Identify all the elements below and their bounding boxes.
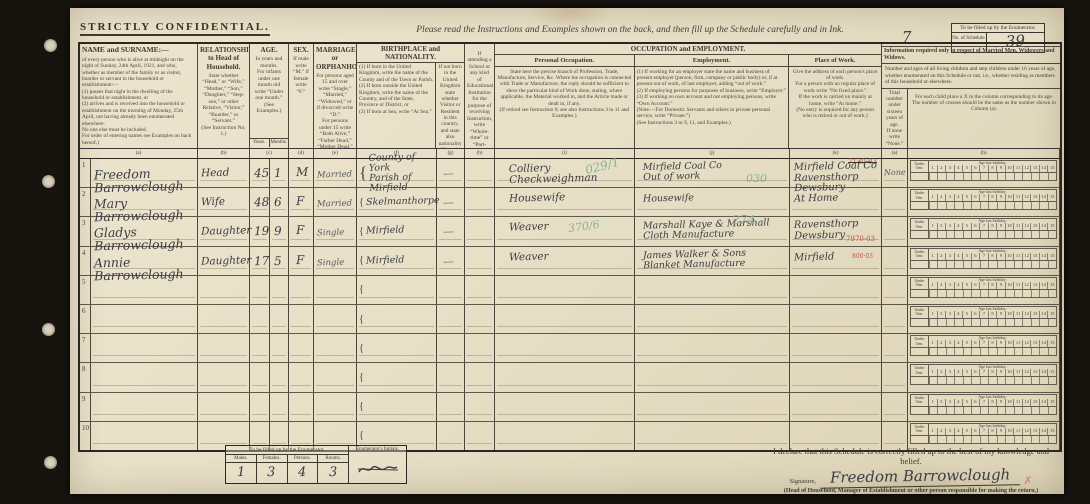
cell-children-grid: Under One.Age last birthday.123456789101… (908, 393, 1060, 421)
handwritten-text: At Home (794, 194, 839, 206)
grid-mark-cell (946, 290, 954, 297)
cell-sex (289, 334, 314, 362)
grid-age-number: 4 (954, 369, 963, 376)
grid-mark-cell (1031, 173, 1039, 180)
grid-age-number: 1 (929, 194, 937, 201)
cell-age-years: 48 (250, 188, 270, 216)
column-letter: (a) (882, 149, 908, 158)
grid-age-number: 9 (996, 253, 1005, 260)
cell-marriage (314, 305, 357, 333)
grid-mark-cell (963, 202, 971, 209)
cell-nationality: — (437, 247, 465, 275)
grid-under-one-label: Under One. (911, 161, 929, 172)
grid-mark-cell (1014, 407, 1022, 414)
cell-education (465, 217, 495, 245)
grid-mark-cell (980, 202, 988, 209)
handwritten-text: Married (317, 200, 352, 210)
grid-mark-cell (929, 173, 937, 180)
grid-mark-cell (963, 319, 971, 326)
grid-mark-cell (1048, 319, 1056, 326)
cell-employment: Housewife (635, 188, 790, 216)
enumerator-initials-label: Enumerator's Initials. (349, 446, 406, 454)
grid-age-number: 2 (937, 253, 946, 260)
count-header: Males. (226, 455, 257, 462)
grid-mark-cell (954, 407, 962, 414)
grid-mark-cell (980, 348, 988, 355)
grid-age-number: 1 (929, 340, 937, 347)
grid-mark-cell (1005, 348, 1013, 355)
row-number: 10 (80, 422, 91, 450)
grid-age-number: 11 (1013, 282, 1022, 289)
handwritten-text: — (443, 168, 454, 180)
handwritten-text: F (296, 195, 305, 208)
grid-mark-cell (946, 261, 954, 268)
grid-mark-cell (1014, 290, 1022, 297)
grid-age-number: 5 (962, 194, 971, 201)
grid-mark-cell (963, 348, 971, 355)
grid-mark-cell (1039, 202, 1047, 209)
cell-place-of-work: Ravensthorp Dewsbury7970·03 (790, 217, 882, 245)
cell-occupation (495, 422, 635, 450)
grid-mark-cell (1014, 173, 1022, 180)
grid-mark-cells (911, 261, 1056, 268)
cell-occupation (495, 305, 635, 333)
grid-age-number: 3 (945, 428, 954, 435)
cell-education (465, 334, 495, 362)
cell-age-months (270, 305, 289, 333)
grid-age-number: 9 (996, 311, 1005, 318)
col-title-employment: Employment. (635, 56, 789, 67)
grid-age-number: 5 (962, 223, 971, 230)
grid-age-number: 3 (945, 311, 954, 318)
col-group-occupation-employment: OCCUPATION and EMPLOYMENT. Personal Occu… (495, 44, 882, 148)
grid-age-number: 7 (979, 399, 988, 406)
grid-mark-cell (971, 348, 979, 355)
grid-age-number: 9 (996, 223, 1005, 230)
col-note-age: In years and months. For infants under o… (252, 56, 286, 138)
grid-mark-cell (929, 290, 937, 297)
grid-age-number: 11 (1013, 311, 1022, 318)
grid-mark-cell (946, 436, 954, 443)
handwritten-text: 19 (254, 225, 270, 238)
count-header: Persons. (288, 455, 319, 462)
grid-age-number: 1 (929, 253, 937, 260)
grid-mark-cell (946, 231, 954, 238)
grid-mark-cell (1039, 261, 1047, 268)
employment-code: 274 (732, 213, 755, 227)
row-number: 4 (80, 247, 91, 275)
row-number-text: 6 (80, 305, 90, 315)
table-row: 4Annie BarrowcloughDaughter175FSingle{Mi… (80, 247, 1060, 276)
cell-nationality (437, 363, 465, 391)
count-header: Females. (257, 455, 288, 462)
grid-mark-cell (980, 407, 988, 414)
cell-name (91, 305, 198, 333)
grid-age-number: 3 (945, 194, 954, 201)
grid-mark-cell (971, 319, 979, 326)
grid-age-number: 1 (929, 428, 937, 435)
grid-mark-cell (1031, 407, 1039, 414)
grid-mark-cell (1005, 377, 1013, 384)
handwritten-text: 6 (274, 196, 282, 209)
cell-children-total (882, 334, 908, 362)
row-number-text: 4 (80, 247, 90, 257)
column-letter: (e) (314, 149, 357, 158)
cell-occupation (495, 393, 635, 421)
cell-marriage (314, 276, 357, 304)
punch-hole (42, 175, 55, 188)
grid-age-number: 2 (937, 194, 946, 201)
schedule-box-title: To be filled up by the Enumerator. (952, 24, 1044, 33)
grid-mark-cell (963, 436, 971, 443)
grid-mark-cell (1031, 436, 1039, 443)
cell-birthplace: {Mirfield (357, 247, 437, 275)
cell-name: Mary Barrowclough (91, 188, 198, 216)
grid-age-number: 4 (954, 399, 963, 406)
grid-age-number: 6 (971, 253, 980, 260)
grid-mark-cell (946, 202, 954, 209)
grid-mark-cell (1048, 231, 1056, 238)
cell-education (465, 188, 495, 216)
grid-mark-cell (988, 319, 996, 326)
grid-age-number: 10 (1005, 165, 1014, 172)
grid-mark-cell (929, 261, 937, 268)
handwritten-text: Housewife (643, 194, 694, 205)
grid-mark-cell (1048, 261, 1056, 268)
grid-age-number: 5 (962, 253, 971, 260)
row-number: 5 (80, 276, 91, 304)
cell-sex: F (289, 217, 314, 245)
grid-mark-cell (1022, 436, 1030, 443)
cell-children-total (882, 393, 908, 421)
cell-name (91, 334, 198, 362)
cell-children-grid: Under One.Age last birthday.123456789101… (908, 217, 1060, 245)
grid-age-number: 12 (1022, 282, 1031, 289)
grid-age-number: 11 (1013, 399, 1022, 406)
grid-mark-cell (971, 173, 979, 180)
grid-age-number: 12 (1022, 369, 1031, 376)
grid-mark-cell (980, 436, 988, 443)
table-header: NAME and SURNAME:— of every person who i… (80, 44, 1060, 149)
grid-age-number: 14 (1039, 311, 1048, 318)
punch-hole (44, 456, 57, 469)
cell-employment (635, 276, 790, 304)
cell-education (465, 247, 495, 275)
grid-mark-cell (911, 231, 929, 238)
grid-age-block: Age last birthday.123456789101112131415 (929, 219, 1056, 230)
count-value: 4 (288, 463, 319, 483)
grid-age-number: 6 (971, 399, 980, 406)
grid-age-block: Age last birthday.123456789101112131415 (929, 395, 1056, 406)
grid-mark-cell (937, 202, 945, 209)
handwritten-text: Skelmanthorpe (366, 196, 440, 208)
row-number: 6 (80, 305, 91, 333)
cell-relationship (198, 305, 250, 333)
grid-age-number: 13 (1030, 311, 1039, 318)
grid-age-number: 10 (1005, 311, 1014, 318)
grid-age-number: 11 (1013, 369, 1022, 376)
grid-mark-cell (911, 261, 929, 268)
cell-relationship (198, 393, 250, 421)
grid-age-number: 7 (979, 223, 988, 230)
grid-mark-cell (971, 231, 979, 238)
cell-nationality: — (437, 217, 465, 245)
row-number: 9 (80, 393, 91, 421)
signature-value: Freedom Barrowclough (820, 467, 1021, 488)
grid-mark-cell (929, 377, 937, 384)
grid-mark-cell (929, 231, 937, 238)
grid-age-numbers: 123456789101112131415 (929, 340, 1056, 347)
cell-relationship (198, 334, 250, 362)
grid-age-number: 9 (996, 428, 1005, 435)
grid-mark-cells (911, 202, 1056, 209)
grid-age-number: 7 (979, 369, 988, 376)
punch-hole (42, 323, 55, 336)
grid-mark-cell (997, 231, 1005, 238)
count-value: 1 (226, 463, 257, 483)
grid-mark-cell (1022, 290, 1030, 297)
grid-mark-cell (1005, 436, 1013, 443)
red-x-mark: ✗ (1023, 474, 1032, 487)
signature-label: Signature, (789, 478, 816, 487)
cell-age-months (270, 363, 289, 391)
grid-under-one-label: Under One. (911, 395, 929, 406)
grid-mark-cell (997, 261, 1005, 268)
grid-age-number: 7 (979, 194, 988, 201)
row-number-text: 7 (80, 334, 90, 344)
cell-age-years (250, 305, 270, 333)
table-row: 2Mary BarrowcloughWife486FMarried{Skelma… (80, 188, 1060, 217)
grid-age-number: 11 (1013, 165, 1022, 172)
grid-under-one-label: Under One. (911, 278, 929, 289)
grid-mark-cell (963, 261, 971, 268)
cell-nationality (437, 393, 465, 421)
cell-occupation (495, 363, 635, 391)
cell-sex: M (289, 159, 314, 187)
place-of-work-code: 7130·03 (848, 158, 877, 166)
printed-brace: { (359, 197, 364, 208)
cell-age-months: 5 (270, 247, 289, 275)
col-note-nationality: If not born in the United Kingdom state … (438, 64, 462, 148)
cell-birthplace: {Skelmanthorpe (357, 188, 437, 216)
col-header-place: Place of Work. Give the address of each … (789, 55, 881, 148)
grid-age-number: 10 (1005, 194, 1014, 201)
grid-mark-cell (1048, 290, 1056, 297)
grid-age-number: 1 (929, 165, 937, 172)
printed-brace: { (359, 314, 364, 325)
grid-top: Under One.Age last birthday.123456789101… (911, 307, 1056, 319)
cell-age-years: 17 (250, 247, 270, 275)
cell-occupation (495, 334, 635, 362)
cell-place-of-work: Mirfield Coal Co Ravensthorp Dewsbury713… (790, 159, 882, 187)
grid-age-number: 14 (1039, 194, 1048, 201)
grid-mark-cell (997, 436, 1005, 443)
cell-nationality (437, 305, 465, 333)
grid-age-number: 10 (1005, 253, 1014, 260)
grid-mark-cell (971, 407, 979, 414)
grid-mark-cell (1005, 173, 1013, 180)
grid-mark-cell (1039, 436, 1047, 443)
col-note-relationship: State whether “Head,” or “Wife,” “Mother… (200, 73, 247, 138)
row-number-text: 10 (80, 422, 90, 432)
grid-age-number: 12 (1022, 340, 1031, 347)
col-header-marriage: MARRIAGE or ORPHANHOOD. For persons aged… (314, 44, 357, 148)
grid-mark-cell (937, 377, 945, 384)
column-letter: (j) (635, 149, 790, 158)
grid-age-number: 4 (954, 340, 963, 347)
row-number: 8 (80, 363, 91, 391)
grid-mark-cell (997, 377, 1005, 384)
grid-mark-cell (954, 436, 962, 443)
handwritten-text: Mirfield (366, 255, 405, 266)
grid-age-numbers: 123456789101112131415 (929, 165, 1056, 172)
col-title-place: Place of Work. (789, 56, 881, 67)
grid-mark-cell (988, 202, 996, 209)
cell-occupation: Weaver370/6 (495, 217, 635, 245)
table-row: 7{Under One.Age last birthday.1234567891… (80, 334, 1060, 363)
cell-marriage: Married (314, 188, 357, 216)
grid-age-number: 1 (929, 223, 937, 230)
grid-mark-cell (954, 173, 962, 180)
cell-employment (635, 305, 790, 333)
col-title-age: AGE. (252, 46, 286, 54)
grid-under-one-label: Under One. (911, 336, 929, 347)
grid-mark-cell (980, 173, 988, 180)
grid-age-block: Age last birthday.123456789101112131415 (929, 278, 1056, 289)
grid-mark-cell (1014, 436, 1022, 443)
grid-age-number: 5 (962, 165, 971, 172)
grid-mark-cell (911, 290, 929, 297)
grid-age-number: 8 (988, 194, 997, 201)
grid-age-number: 10 (1005, 223, 1014, 230)
grid-mark-cell (971, 290, 979, 297)
grid-top: Under One.Age last birthday.123456789101… (911, 395, 1056, 407)
cell-age-years (250, 276, 270, 304)
grid-age-number: 4 (954, 282, 963, 289)
grid-mark-cell (988, 173, 996, 180)
children-age-grid: Under One.Age last birthday.123456789101… (910, 423, 1057, 444)
grid-age-number: 2 (937, 399, 946, 406)
cell-birthplace: {Mirfield (357, 217, 437, 245)
grid-mark-cell (1031, 261, 1039, 268)
grid-age-number: 6 (971, 311, 980, 318)
handwritten-text: 1 (274, 167, 282, 180)
grid-mark-cell (971, 202, 979, 209)
handwritten-text: 9 (274, 225, 282, 238)
handwritten-text: M (296, 166, 309, 179)
col-note-birthplace: (1) If born in the United Kingdom, write… (359, 64, 433, 115)
grid-under-one-label: Under One. (911, 365, 929, 376)
handwritten-text: Weaver (509, 222, 549, 234)
cell-name (91, 422, 198, 450)
grid-age-numbers: 123456789101112131415 (929, 399, 1056, 406)
handwritten-text: Single (317, 258, 344, 268)
signature-note: (Head of Household, Manager of Establish… (765, 488, 1057, 494)
printed-brace: { (359, 226, 364, 237)
cell-name: Gladys Barrowclough (91, 217, 198, 245)
table-row: 6{Under One.Age last birthday.1234567891… (80, 305, 1060, 334)
grid-age-number: 1 (929, 282, 937, 289)
col-note-total-children: Total number under sixteen years of age.… (884, 90, 905, 147)
grid-top: Under One.Age last birthday.123456789101… (911, 365, 1056, 377)
cell-children-total (882, 188, 908, 216)
fill-instruction: Please read the Instructions and Example… (390, 25, 870, 35)
cell-occupation: Colliery Checkweighman029/1 (495, 159, 635, 187)
cell-education (465, 393, 495, 421)
employment-code: 030 (746, 172, 767, 185)
grid-mark-cell (1039, 290, 1047, 297)
occupation-code: 370/6 (568, 218, 601, 235)
grid-mark-cells (911, 436, 1056, 443)
grid-mark-cell (963, 290, 971, 297)
count-value-text: 4 (298, 466, 307, 480)
grid-mark-cell (954, 348, 962, 355)
grid-age-number: 6 (971, 194, 980, 201)
cell-children-total (882, 305, 908, 333)
row-number-text: 9 (80, 393, 90, 403)
handwritten-text: 48 (254, 196, 270, 209)
printed-brace: { (359, 343, 364, 354)
grid-mark-cell (1022, 261, 1030, 268)
cell-nationality: — (437, 159, 465, 187)
grid-mark-cell (937, 348, 945, 355)
grid-age-number: 12 (1022, 253, 1031, 260)
col-header-age: AGE. In years and months. For infants un… (250, 44, 289, 148)
grid-mark-cell (954, 290, 962, 297)
grid-age-number: 11 (1013, 340, 1022, 347)
printed-brace: { (359, 163, 367, 183)
grid-age-number: 9 (996, 399, 1005, 406)
cell-children-total (882, 217, 908, 245)
grid-age-block: Age last birthday.123456789101112131415 (929, 336, 1056, 347)
grid-mark-cell (1031, 348, 1039, 355)
cell-education (465, 159, 495, 187)
grid-mark-cell (988, 436, 996, 443)
grid-age-number: 2 (937, 369, 946, 376)
grid-age-numbers: 123456789101112131415 (929, 223, 1056, 230)
grid-mark-cells (911, 377, 1056, 384)
cell-place-of-work (790, 334, 882, 362)
cell-place-of-work: At Home (790, 188, 882, 216)
grid-mark-cell (988, 407, 996, 414)
grid-mark-cell (997, 202, 1005, 209)
col-note-marriage: For persons aged 15 and over write “Sing… (316, 73, 354, 148)
grid-age-number: 5 (962, 428, 971, 435)
cell-relationship (198, 276, 250, 304)
grid-age-number: 8 (988, 340, 997, 347)
grid-age-number: 2 (937, 311, 946, 318)
table-row: 9{Under One.Age last birthday.1234567891… (80, 393, 1060, 422)
age-subheaders: Years. Months. (250, 138, 288, 147)
fill-instruction-text: Please read the Instructions and Example… (416, 25, 844, 35)
age-sub-years: Years. (250, 139, 270, 147)
count-value: 3 (257, 463, 288, 483)
schedule-paper: STRICTLY CONFIDENTIAL. Please read the I… (70, 8, 1064, 494)
grid-age-block: Age last birthday.123456789101112131415 (929, 424, 1056, 435)
grid-mark-cell (954, 261, 962, 268)
row-number: 7 (80, 334, 91, 362)
cell-marriage: Single (314, 217, 357, 245)
grid-mark-cell (1005, 261, 1013, 268)
cell-age-months: 1 (270, 159, 289, 187)
table-row: 1Freedom BarrowcloughHead451MMarried{Cou… (80, 159, 1060, 188)
grid-mark-cell (980, 319, 988, 326)
grid-mark-cell (937, 407, 945, 414)
grid-mark-cell (997, 319, 1005, 326)
grid-age-number: 7 (979, 165, 988, 172)
grid-age-number: 12 (1022, 165, 1031, 172)
grid-age-number: 12 (1022, 194, 1031, 201)
